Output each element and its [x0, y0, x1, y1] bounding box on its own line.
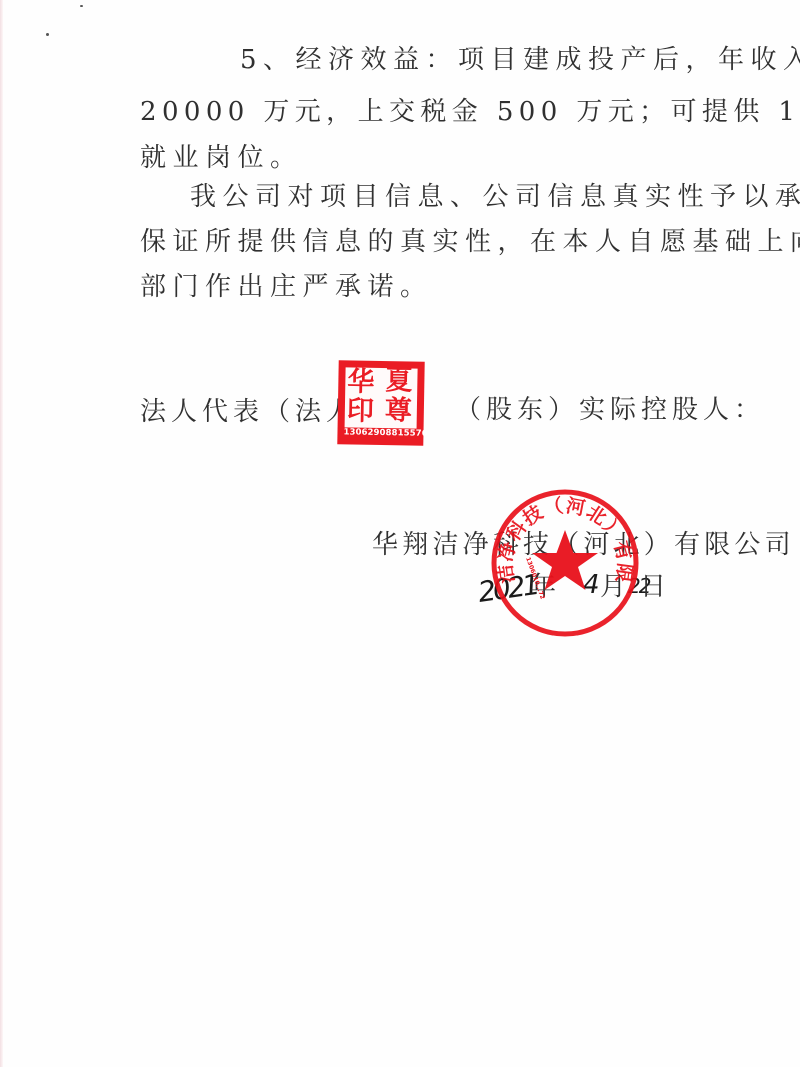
seal-star-icon [532, 530, 598, 590]
personal-seal: 华 夏 印 尊 13062908815576 [337, 360, 424, 445]
paragraph-economic-line-2: 20000 万元，上交税金 500 万元；可提供 120 个以上 [140, 97, 800, 127]
scan-edge [0, 0, 3, 1067]
paragraph-commitment-line-2: 保证所提供信息的真实性，在本人自愿基础上向相关 [140, 227, 800, 257]
seal-char: 印 [347, 397, 374, 424]
seal-char: 尊 [385, 397, 412, 424]
company-seal-number: 1306010...72 [524, 556, 546, 600]
paragraph-economic-line-1: 5、经济效益：项目建成投产后，年收入达到 [240, 45, 800, 75]
date-day-suffix: 日 [640, 572, 673, 602]
paragraph-economic-line-3: 就业岗位。 [140, 143, 303, 173]
company-seal: 华翔洁净科技（河北）有限公司 1306010...72 [490, 488, 640, 638]
controlling-shareholder-label: （股东）实际控股人： [455, 395, 765, 425]
scan-speck [80, 5, 83, 7]
scan-speck [46, 33, 49, 36]
seal-number: 13062908815576 [343, 427, 417, 439]
paragraph-commitment-line-3: 部门作出庄严承诺。 [140, 272, 433, 302]
seal-char: 夏 [385, 367, 412, 394]
paragraph-commitment-line-1: 我公司对项目信息、公司信息真实性予以承诺， [190, 182, 800, 212]
seal-char: 华 [347, 368, 374, 395]
document-page: 5、经济效益：项目建成投产后，年收入达到 20000 万元，上交税金 500 万… [0, 0, 800, 1067]
